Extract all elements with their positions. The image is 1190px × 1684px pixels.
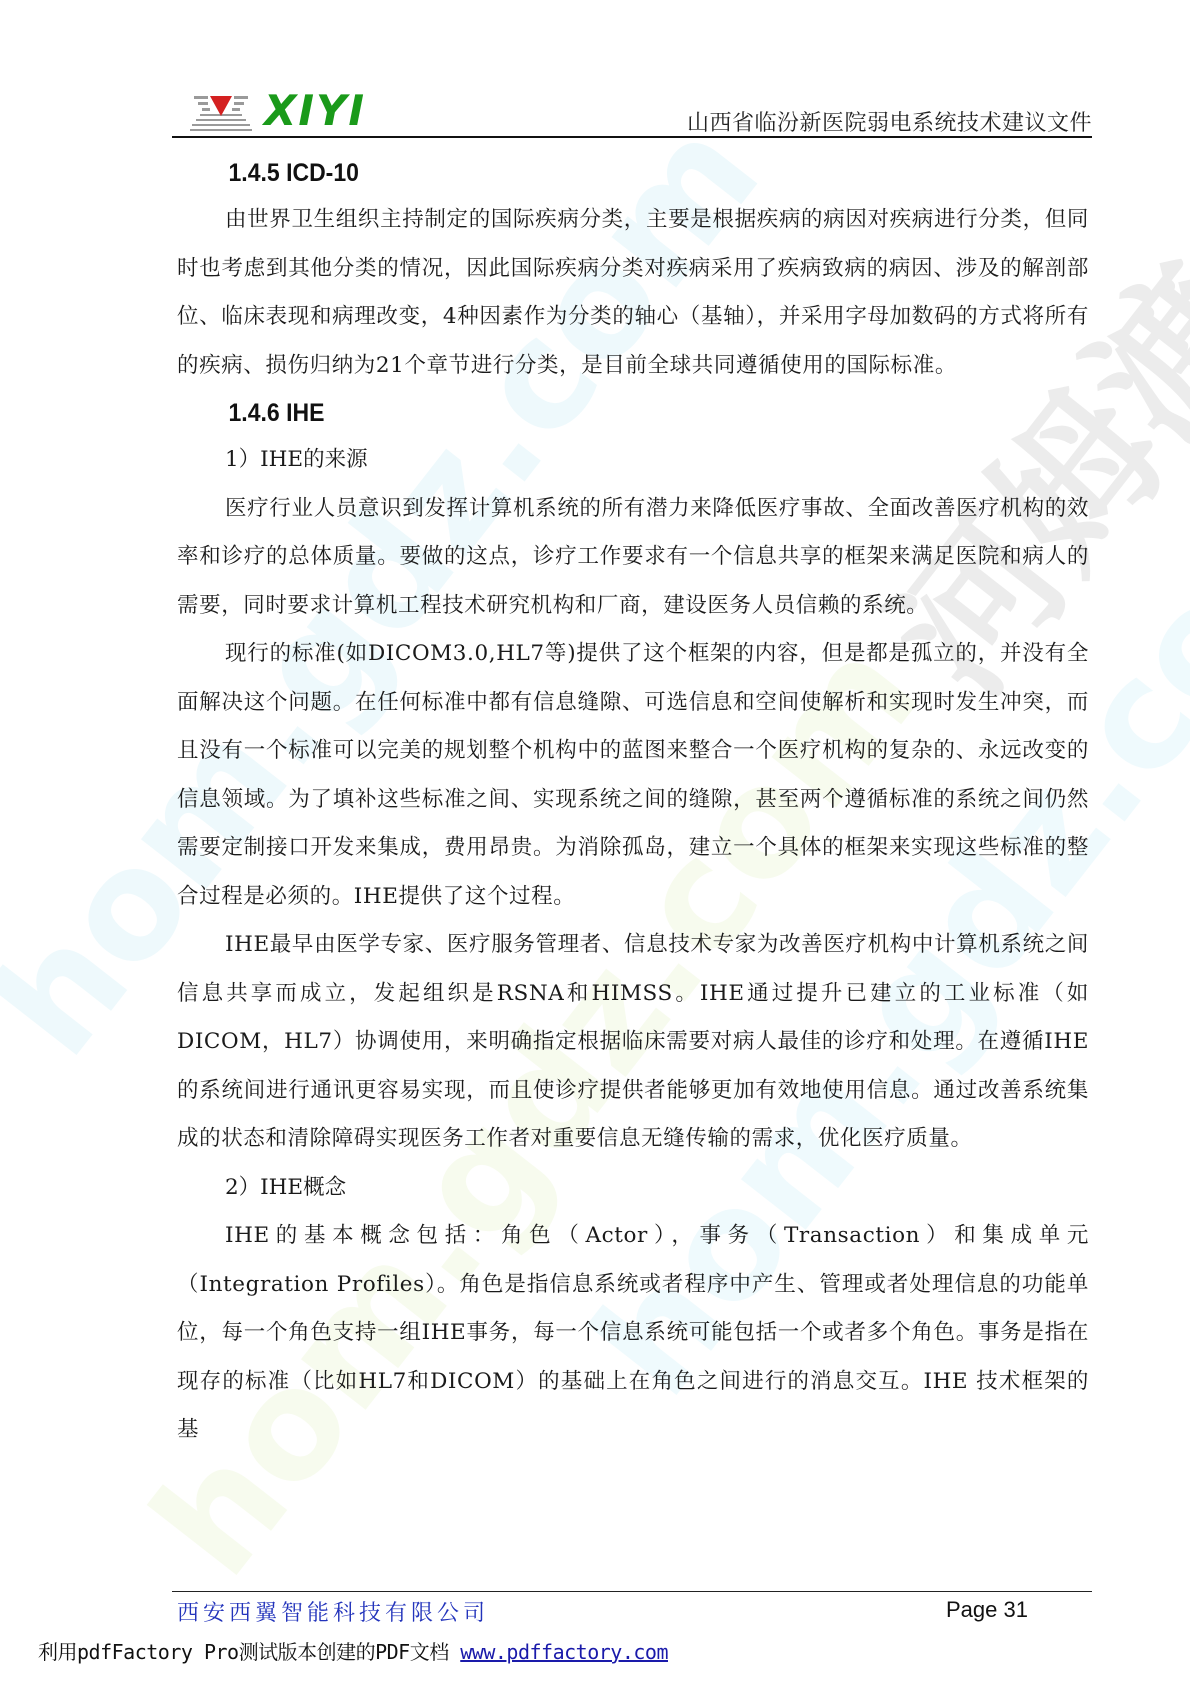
page-number: Page 31 — [946, 1597, 1028, 1623]
section-heading-ihe: 1.4.6 IHE — [177, 390, 1016, 436]
pdf-generator-note: 利用pdfFactory Pro测试版本创建的PDF文档 www.pdffact… — [38, 1636, 668, 1665]
paragraph: IHE最早由医学专家、医疗服务管理者、信息技术专家为改善医疗机构中计算机系统之间… — [177, 921, 1089, 1164]
pdf-note-text: 利用pdfFactory Pro测试版本创建的PDF文档 — [38, 1640, 460, 1664]
company-logo: XIYI — [190, 92, 410, 136]
document-page: XIYI 山西省临汾新医院弱电系统技术建议文件 1.4.5 ICD-10 由世界… — [0, 0, 1190, 1684]
paragraph: 现行的标准(如DICOM3.0,HL7等)提供了这个框架的内容，但是都是孤立的，… — [177, 630, 1089, 921]
page-header: XIYI 山西省临汾新医院弱电系统技术建议文件 — [172, 92, 1092, 138]
footer-company-name: 西安西翼智能科技有限公司 — [177, 1596, 489, 1627]
pdffactory-link[interactable]: www.pdffactory.com — [460, 1640, 668, 1664]
footer-divider — [172, 1591, 1092, 1592]
xiyi-logo-icon — [190, 94, 252, 132]
paragraph: IHE的基本概念包括：角色（Actor），事务（Transaction）和集成单… — [177, 1212, 1089, 1455]
document-title: 山西省临汾新医院弱电系统技术建议文件 — [687, 106, 1092, 137]
logo-text: XIYI — [264, 88, 366, 134]
subheading-ihe-origin: 1）IHE的来源 — [177, 436, 1089, 485]
paragraph: 医疗行业人员意识到发挥计算机系统的所有潜力来降低医疗事故、全面改善医疗机构的效率… — [177, 485, 1089, 631]
subheading-ihe-concept: 2）IHE概念 — [177, 1164, 1089, 1213]
header-divider — [172, 136, 1092, 138]
main-content: 1.4.5 ICD-10 由世界卫生组织主持制定的国际疾病分类，主要是根据疾病的… — [177, 150, 1089, 1455]
paragraph: 由世界卫生组织主持制定的国际疾病分类，主要是根据疾病的病因对疾病进行分类，但同时… — [177, 196, 1089, 390]
section-heading-icd10: 1.4.5 ICD-10 — [177, 150, 1016, 196]
